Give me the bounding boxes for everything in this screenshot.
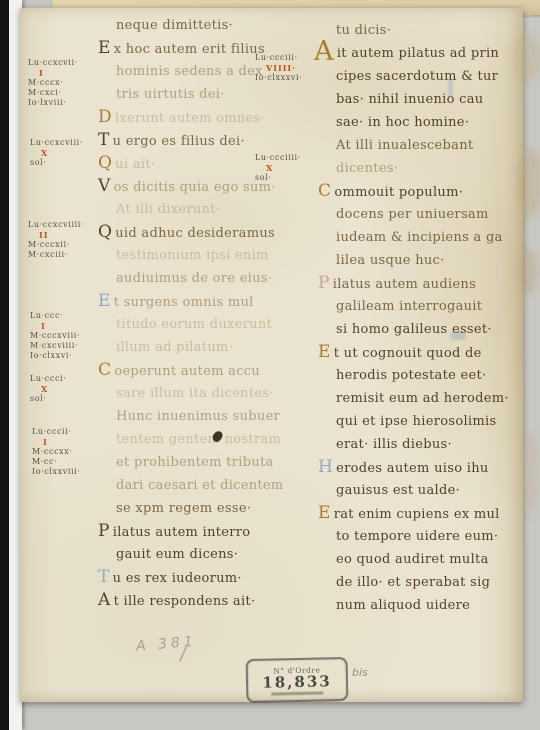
text-line: galileam interrogauit: [318, 295, 528, 318]
text-line: Tu es rex iudeorum·: [98, 566, 273, 589]
text-line: Erat enim cupiens ex mul: [318, 502, 528, 525]
pencil-bis-note: bis: [352, 666, 368, 679]
text-line: hominis sedens a dex: [98, 60, 273, 83]
text-line: iudeam & incipiens a ga: [318, 226, 528, 249]
text-line: neque dimittetis·: [98, 14, 273, 37]
text-line: At illi dixerunt·: [98, 198, 273, 221]
text-line: Ex hoc autem erit filius: [98, 37, 273, 60]
text-line: tentem gentem nostram: [98, 428, 273, 451]
text-line: titudo eorum duxerunt: [98, 313, 273, 336]
text-line: Pilatus autem interro: [98, 520, 273, 543]
decorated-initial: E: [98, 291, 114, 311]
text-line: to tempore uidere eum·: [318, 525, 528, 548]
text-line: remisit eum ad herodem·: [318, 387, 528, 410]
text-line: erat· illis diebus·: [318, 433, 528, 456]
text-line: gauisus est ualde·: [318, 479, 528, 502]
decorated-initial: T: [98, 567, 113, 587]
decorated-initial: Q: [98, 153, 115, 173]
text-column-left: neque dimittetis·Ex hoc autem erit filiu…: [98, 14, 273, 612]
decorated-initial: A: [98, 590, 114, 610]
stamp-subline: [271, 691, 323, 695]
text-line: Coeperunt autem accu: [98, 359, 273, 382]
text-line: Tu ergo es filius dei·: [98, 129, 273, 152]
decorated-initial: E: [98, 38, 114, 58]
text-line: eo quod audiret multa: [318, 548, 528, 571]
blue-smudge: [448, 78, 453, 98]
decorated-initial: E: [318, 503, 334, 523]
text-line: se xpm regem esse·: [98, 497, 273, 520]
text-line: et prohibentem tributa: [98, 451, 273, 474]
text-line: Ait autem pilatus ad prin: [318, 42, 528, 65]
text-line: tris uirtutis dei·: [98, 83, 273, 106]
text-line: illum ad pilatum·: [98, 336, 273, 359]
decorated-initial: V: [98, 176, 114, 196]
text-line: Herodes autem uiso ihu: [318, 456, 528, 479]
text-line: de illo· et sperabat sig: [318, 571, 528, 594]
decorated-initial: T: [98, 130, 113, 150]
text-line: dicentes·: [318, 157, 528, 180]
text-line: Et ut cognouit quod de: [318, 341, 528, 364]
library-stamp: N° d'Ordre 18,833: [246, 657, 349, 703]
text-line: docens per uniuersam: [318, 203, 528, 226]
text-line: si homo galileus esset·: [318, 318, 528, 341]
text-line: Dixerunt autem omnes·: [98, 106, 273, 129]
decorated-initial: A: [314, 42, 337, 62]
decorated-initial: H: [318, 457, 336, 477]
decorated-initial: P: [98, 521, 113, 541]
stamp-label: N° d'Ordre: [273, 665, 320, 675]
text-line: At illi inualescebant: [318, 134, 528, 157]
text-line: tu dicis·: [318, 19, 528, 42]
text-line: Pilatus autem audiens: [318, 272, 528, 295]
text-line: num aliquod uidere: [318, 594, 528, 617]
text-line: gauit eum dicens·: [98, 543, 273, 566]
decorated-initial: Q: [98, 222, 115, 242]
text-line: Quid adhuc desideramus: [98, 221, 273, 244]
text-line: Qui ait·: [98, 152, 273, 175]
text-line: At ille respondens ait·: [98, 589, 273, 612]
text-line: Et surgens omnis mul: [98, 290, 273, 313]
text-line: Commouit populum·: [318, 180, 528, 203]
text-line: herodis potestate eet·: [318, 364, 528, 387]
decorated-initial: D: [98, 107, 115, 127]
text-line: bas· nihil inuenio cau: [318, 88, 528, 111]
manuscript-photo: Lu·ccxcvii·IM·cccx·M·cxci·Io·lxviii·Lu·c…: [0, 0, 540, 730]
text-line: audiuimus de ore eius·: [98, 267, 273, 290]
text-line: testimonium ipsi enim: [98, 244, 273, 267]
text-line: dari caesari et dicentem: [98, 474, 273, 497]
text-line: cipes sacerdotum & tur: [318, 65, 528, 88]
decorated-initial: C: [98, 360, 114, 380]
text-line: Vos dicitis quia ego sum·: [98, 175, 273, 198]
decorated-initial: P: [318, 273, 333, 293]
text-line: lilea usque huc·: [318, 249, 528, 272]
decorated-initial: C: [318, 181, 334, 201]
text-line: qui et ipse hierosolimis: [318, 410, 528, 433]
text-line: sae· in hoc homine·: [318, 111, 528, 134]
text-line: Hunc inuenimus subuer: [98, 405, 273, 428]
decorated-initial: E: [318, 342, 334, 362]
text-line: sare illum ita dicentes·: [98, 382, 273, 405]
blue-smudge: [450, 331, 466, 340]
text-column-right: tu dicis·Ait autem pilatus ad principes …: [318, 19, 528, 617]
stamp-number: 18,833: [262, 674, 332, 690]
